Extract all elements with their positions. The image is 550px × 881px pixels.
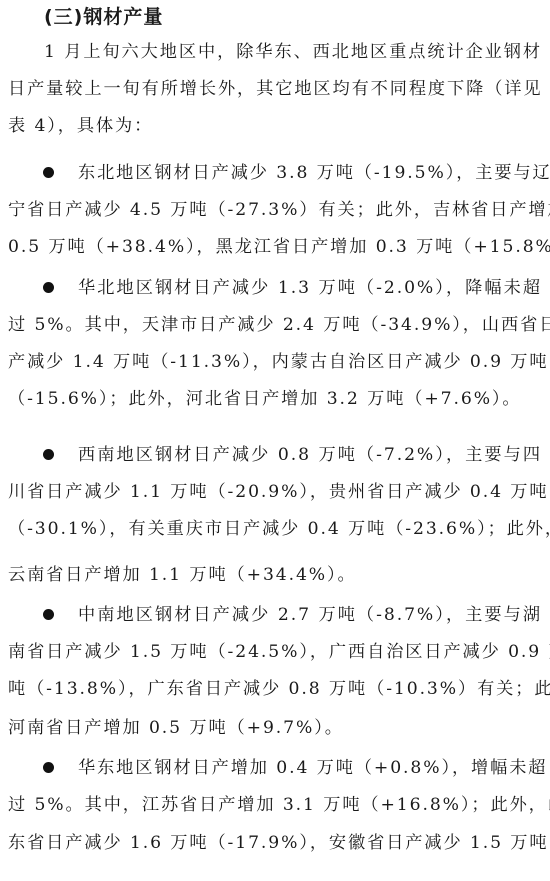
bullet-line: 华北地区钢材日产减少 1.3 万吨（-2.0%），降幅未超 (78, 276, 542, 300)
bullet-line: 云南省日产增加 1.1 万吨（+34.4%）。 (8, 563, 542, 587)
bullet-line: 中南地区钢材日产减少 2.7 万吨（-8.7%），主要与湖 (78, 603, 542, 627)
bullet-line: 华东地区钢材日产增加 0.4 万吨（+0.8%），增幅未超 (78, 756, 542, 780)
bullet-line: 宁省日产减少 4.5 万吨（-27.3%）有关；此外，吉林省日产增加 (8, 198, 542, 222)
bullet-line: 0.5 万吨（+38.4%），黑龙江省日产增加 0.3 万吨（+15.8%）。 (8, 235, 542, 259)
bullet-dot-icon (43, 282, 54, 293)
intro-line: 表 4），具体为： (8, 114, 542, 138)
bullet-line: （-30.1%），有关重庆市日产减少 0.4 万吨（-23.6%）；此外， (8, 517, 542, 541)
bullet-dot-icon (43, 449, 54, 460)
bullet-dot-icon (43, 762, 54, 773)
bullet-line: 东省日产减少 1.6 万吨（-17.9%），安徽省日产减少 1.5 万吨 (8, 831, 542, 855)
bullet-line: （-15.6%）；此外，河北省日产增加 3.2 万吨（+7.6%）。 (8, 387, 542, 411)
bullet-line: 吨（-13.8%），广东省日产减少 0.8 万吨（-10.3%）有关；此外， (8, 677, 542, 701)
bullet-line: 过 5%。其中，天津市日产减少 2.4 万吨（-34.9%），山西省日 (8, 313, 542, 337)
intro-line: 日产量较上一旬有所增长外，其它地区均有不同程度下降（详见 (8, 77, 542, 101)
bullet-dot-icon (43, 167, 54, 178)
bullet-line: 东北地区钢材日产减少 3.8 万吨（-19.5%），主要与辽 (78, 161, 542, 185)
bullet-dot-icon (43, 609, 54, 620)
bullet-line: 西南地区钢材日产减少 0.8 万吨（-7.2%），主要与四 (78, 443, 542, 467)
bullet-line: 川省日产减少 1.1 万吨（-20.9%），贵州省日产减少 0.4 万吨 (8, 480, 542, 504)
bullet-line: 南省日产减少 1.5 万吨（-24.5%），广西自治区日产减少 0.9 万 (8, 640, 542, 664)
section-heading: (三)钢材产量 (44, 2, 163, 29)
bullet-line: 过 5%。其中，江苏省日产增加 3.1 万吨（+16.8%）；此外，山 (8, 793, 542, 817)
bullet-line: 河南省日产增加 0.5 万吨（+9.7%）。 (8, 716, 542, 740)
bullet-line: 产减少 1.4 万吨（-11.3%），内蒙古自治区日产减少 0.9 万吨 (8, 350, 542, 374)
intro-line: 1 月上旬六大地区中，除华东、西北地区重点统计企业钢材 (44, 40, 542, 64)
